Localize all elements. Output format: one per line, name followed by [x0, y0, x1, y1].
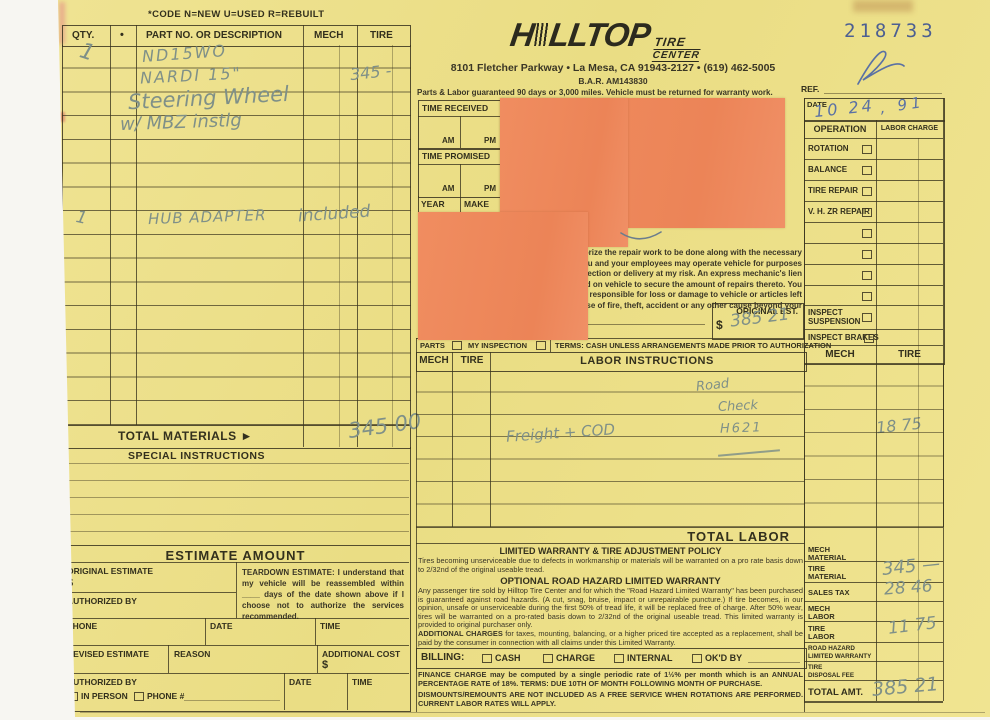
labor-grid — [416, 370, 805, 527]
op-checkbox-tire-repair — [862, 187, 872, 196]
phone-label: PHONE — [67, 621, 97, 631]
billing-row — [416, 648, 807, 669]
my-inspection-checkbox — [536, 341, 546, 350]
special-instructions-label: SPECIAL INSTRUCTIONS — [128, 450, 265, 462]
reason-label: REASON — [174, 649, 210, 659]
revised-estimate-dollar: $ — [67, 659, 73, 671]
in-person-checkbox — [68, 692, 78, 701]
op-checkbox-blank-2 — [862, 250, 872, 259]
original-estimate-dollar: $ — [67, 577, 73, 589]
total-row-sales-tax: SALES TAX — [808, 588, 850, 597]
op-checkbox-rotation — [862, 145, 872, 154]
original-est-dollar: $ — [716, 318, 723, 332]
scan-smudge-brown — [853, 0, 913, 12]
authorized-by-label-2: AUTHORIZED BY — [67, 677, 137, 687]
ref-label: REF. — [801, 84, 819, 94]
billing-internal-label: INTERNAL — [627, 653, 673, 663]
parts-inspection-checkbox — [452, 341, 462, 350]
dismounts-text: DISMOUNTS/REMOUNTS ARE NOT INCLUDED AS A… — [418, 691, 803, 709]
parts-header-tire: TIRE — [370, 30, 393, 41]
billing-cash-label: CASH — [495, 653, 521, 663]
ops-mech-footer: MECH — [804, 349, 876, 360]
labor-mech-header: MECH — [416, 355, 452, 366]
brand-logo: H LLTOP TIRE CENTER — [507, 16, 706, 62]
invoice-number: 218733 — [844, 20, 937, 42]
billing-internal-checkbox — [614, 654, 624, 663]
scanned-invoice-page: { "page": {"invoice_number": "218733"}, … — [0, 0, 990, 720]
op-checkbox-blank-4 — [862, 292, 872, 301]
teardown-estimate-text: TEARDOWN ESTIMATE: I understand that my … — [242, 567, 404, 622]
my-inspection-label: MY INSPECTION — [468, 341, 527, 350]
brand-center: CENTER — [652, 49, 701, 62]
total-row-disposal-fee: TIRE DISPOSAL FEE — [808, 664, 854, 679]
phone-number-label: PHONE # — [147, 691, 184, 701]
hw-check: Check — [718, 398, 759, 415]
authorized-by-label-1: AUTHORIZED BY — [67, 596, 137, 606]
brand-bar-number: B.A.R. AM143830 — [418, 76, 808, 86]
limited-warranty-title: LIMITED WARRANTY & TIRE ADJUSTMENT POLIC… — [416, 546, 805, 556]
brand-address: 8101 Fletcher Parkway • La Mesa, CA 9194… — [418, 62, 808, 74]
additional-cost-label: ADDITIONAL COST — [322, 649, 400, 659]
road-hazard-body: Any passenger tire sold by Hilltop Tire … — [418, 587, 803, 630]
op-checkbox-blank-3 — [862, 271, 872, 280]
finance-charge-text: FINANCE CHARGE may be computed by a sing… — [418, 671, 803, 689]
additional-cost-dollar: $ — [322, 659, 328, 671]
date-label-estimate: DATE — [210, 621, 233, 631]
op-row-vh-zr-repair: V. H. ZR REPAIR — [808, 207, 870, 216]
op-row-rotation: ROTATION — [808, 144, 849, 153]
terms-rest: UNLESS ARRANGEMENTS MADE PRIOR TO AUTHOR… — [609, 341, 831, 350]
total-row-total-amt: TOTAL AMT. — [808, 687, 863, 698]
terms-line: TERMS: CASH UNLESS ARRANGEMENTS MADE PRI… — [555, 341, 831, 350]
billing-charge-checkbox — [543, 654, 553, 663]
guarantee-line: Parts & Labor guaranteed 90 days or 3,00… — [417, 88, 799, 97]
invoice-paper: *CODE N=NEW U=USED R=REBUILT QTY. • PART… — [58, 0, 990, 717]
total-row-tire-material: TIRE MATERIAL — [808, 565, 846, 581]
brand-tire: TIRE — [654, 35, 703, 49]
total-row-mech-labor: MECH LABOR — [808, 605, 835, 621]
paper-bottom-edge — [80, 712, 985, 713]
pen-arc-mark — [618, 228, 664, 246]
billing-label: BILLING: — [421, 652, 464, 663]
time-received-am: AM — [442, 136, 454, 145]
terms-bold: TERMS: CASH — [555, 341, 607, 350]
op-checkbox-inspect-brakes — [864, 334, 874, 343]
time-label-revised: TIME — [352, 677, 372, 687]
billing-okd-label: OK'D BY — [705, 653, 742, 663]
total-labor-label: TOTAL LABOR — [618, 529, 790, 544]
estimate-amount-title: ESTIMATE AMOUNT — [58, 548, 413, 563]
op-checkbox-inspect-suspension — [862, 313, 872, 322]
limited-warranty-body: Tires becoming unserviceable due to defe… — [418, 557, 803, 574]
time-received-pm: PM — [484, 136, 496, 145]
in-person-label: IN PERSON — [81, 691, 128, 701]
parts-header-desc: PART NO. OR DESCRIPTION — [146, 30, 282, 41]
parts-header-mech: MECH — [314, 30, 343, 41]
total-materials-label: TOTAL MATERIALS ► — [118, 429, 253, 443]
time-received-label: TIME RECEIVED — [422, 103, 488, 113]
total-row-tire-labor: TIRE LABOR — [808, 625, 835, 641]
code-legend: *CODE N=NEW U=USED R=REBUILT — [148, 9, 325, 20]
op-row-balance: BALANCE — [808, 165, 847, 174]
time-label-estimate: TIME — [320, 621, 340, 631]
labor-instructions-header: LABOR INSTRUCTIONS — [490, 355, 804, 367]
year-label: YEAR — [421, 199, 445, 209]
billing-charge-label: CHARGE — [556, 653, 595, 663]
ref-handwritten-scribble — [848, 44, 920, 90]
hw-h621: H621 — [720, 420, 763, 436]
labor-tire-header: TIRE — [454, 355, 490, 366]
hw-sales-tax: 28 46 — [883, 576, 933, 599]
op-checkbox-vh-zr — [862, 208, 872, 217]
additional-charges-text: ADDITIONAL CHARGES for taxes, mounting, … — [418, 630, 803, 647]
time-promised-am: AM — [442, 184, 454, 193]
total-row-road-hazard: ROAD HAZARD LIMITED WARRANTY — [808, 645, 871, 660]
time-promised-pm: PM — [484, 184, 496, 193]
orange-sticker-bottom — [418, 212, 588, 340]
billing-okd-checkbox — [692, 654, 702, 663]
hw-part-line-4: w/ MBZ instlg — [120, 110, 242, 135]
date-label-revised: DATE — [289, 677, 312, 687]
op-checkbox-balance — [862, 166, 872, 175]
labor-charge-grid — [804, 363, 944, 527]
parts-inspection-label: PARTS — [420, 341, 445, 350]
billing-cash-checkbox — [482, 654, 492, 663]
total-row-mech-material: MECH MATERIAL — [808, 546, 846, 562]
revised-estimate-label: REVISED ESTIMATE — [67, 649, 149, 659]
hw-total-amount: 385 21 — [871, 673, 939, 701]
hw-tire-labor: 11 75 — [887, 613, 938, 639]
parts-header-star: • — [120, 29, 124, 41]
brand-logo-rest: LLTOP — [547, 16, 652, 54]
brand-logo-h: H — [508, 16, 537, 54]
operation-header: OPERATION — [804, 124, 876, 134]
op-row-inspect-suspension: INSPECT SUSPENSION — [808, 308, 860, 326]
make-label: MAKE — [464, 199, 489, 209]
op-checkbox-blank-1 — [862, 229, 872, 238]
labor-charge-header: LABOR CHARGE — [876, 125, 943, 132]
original-estimate-label: ORIGINAL ESTIMATE — [67, 566, 153, 576]
op-row-tire-repair: TIRE REPAIR — [808, 186, 858, 195]
phone-checkbox — [134, 692, 144, 701]
time-promised-label: TIME PROMISED — [422, 151, 490, 161]
ops-tire-footer: TIRE — [876, 349, 943, 360]
